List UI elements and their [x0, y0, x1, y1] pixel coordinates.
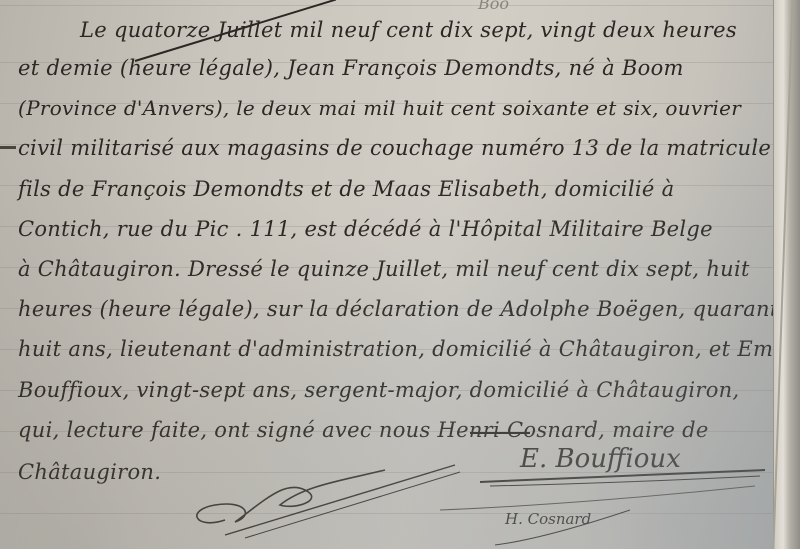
signature-underline-bouffioux: [480, 440, 770, 500]
margin-mark: [0, 146, 16, 149]
signature-bouffioux: E. Bouffioux: [480, 440, 770, 500]
text-line-1: Le quatorze Juillet mil neuf cent dix se…: [80, 18, 737, 42]
text-line-5: fils de François Demondts et de Maas Eli…: [18, 177, 674, 201]
text-line-9: huit ans, lieutenant d'administration, d…: [18, 337, 800, 361]
text-line-3: (Province d'Anvers), le deux mai mil hui…: [18, 96, 741, 120]
top-fragment-text: Boo: [478, 0, 509, 13]
signature-flourish-cosnard: [495, 500, 635, 549]
text-line-2: et demie (heure légale), Jean François D…: [18, 56, 684, 80]
text-line-12: Châtaugiron.: [18, 460, 161, 484]
document-page: Boo Le quatorze Juillet mil neuf cent di…: [0, 0, 790, 549]
book-binding-edge: [773, 0, 800, 549]
strike-through-henri: [470, 432, 530, 434]
text-line-10: Bouffioux, vingt-sept ans, sergent-major…: [18, 378, 739, 402]
text-line-6: Contich, rue du Pic . 111, est décédé à …: [18, 217, 713, 241]
signature-cosnard: H. Cosnard: [495, 500, 635, 549]
text-line-7: à Châtaugiron. Dressé le quinze Juillet,…: [18, 257, 750, 281]
text-line-4: civil militarisé aux magasins de couchag…: [18, 136, 771, 160]
text-line-8: heures (heure légale), sur la déclaratio…: [18, 297, 791, 321]
signature-flourish-boegen: [185, 460, 465, 540]
text-line-11: qui, lecture faite, ont signé avec nous …: [18, 418, 709, 442]
signature-boegen: [185, 460, 465, 540]
